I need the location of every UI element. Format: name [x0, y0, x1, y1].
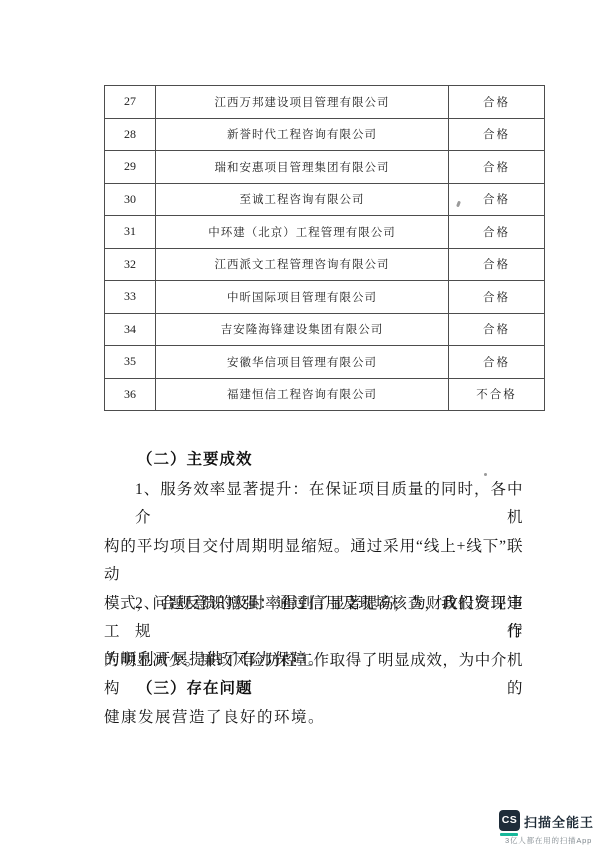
text-line: 1、服务效率显著提升：在保证项目质量的同时，各中介机 — [104, 476, 523, 533]
row-number-cell: 32 — [105, 248, 156, 281]
table-row: 34 吉安隆海锋建设集团有限公司 合格 — [105, 313, 545, 346]
result-cell: 合格 — [449, 313, 545, 346]
camscanner-app-name: 扫描全能王 — [524, 812, 594, 831]
company-name-cell: 安徽华信项目管理有限公司 — [156, 346, 449, 379]
row-number-cell: 36 — [105, 378, 156, 411]
row-number-cell: 30 — [105, 183, 156, 216]
camscanner-tagline: 3亿人都在用的扫描App — [505, 835, 592, 846]
company-name-cell: 新誉时代工程咨询有限公司 — [156, 118, 449, 151]
company-name-cell: 中环建（北京）工程管理有限公司 — [156, 216, 449, 249]
table-row: 28 新誉时代工程咨询有限公司 合格 — [105, 118, 545, 151]
result-cell: 不合格 — [449, 378, 545, 411]
row-number-cell: 35 — [105, 346, 156, 379]
scan-artifact — [484, 473, 487, 476]
result-cell: 合格 — [449, 216, 545, 249]
company-name-cell: 江西派文工程管理咨询有限公司 — [156, 248, 449, 281]
row-number-cell: 34 — [105, 313, 156, 346]
section-heading-achievements: （二）主要成效 — [104, 449, 523, 471]
scanned-document-page: 27 江西万邦建设项目管理有限公司 合格 28 新誉时代工程咨询有限公司 合格 … — [0, 0, 600, 849]
result-cell: 合格 — [449, 151, 545, 184]
table-row: 32 江西派文工程管理咨询有限公司 合格 — [105, 248, 545, 281]
row-number-cell: 29 — [105, 151, 156, 184]
result-cell: 合格 — [449, 346, 545, 379]
inspection-results-table: 27 江西万邦建设项目管理有限公司 合格 28 新誉时代工程咨询有限公司 合格 … — [104, 85, 545, 411]
text-line: 健康发展营造了良好的环境。 — [104, 704, 523, 732]
table-row: 35 安徽华信项目管理有限公司 合格 — [105, 346, 545, 379]
table-row: 27 江西万邦建设项目管理有限公司 合格 — [105, 86, 545, 119]
result-cell: 合格 — [449, 248, 545, 281]
section-heading-problems: （三）存在问题 — [104, 678, 523, 700]
table-row: 36 福建恒信工程咨询有限公司 不合格 — [105, 378, 545, 411]
result-cell: 合格 — [449, 281, 545, 314]
text-line: 2、合规意识增强：通过信用及现场核查，我们发现违规行 — [104, 590, 523, 647]
company-name-cell: 吉安隆海锋建设集团有限公司 — [156, 313, 449, 346]
result-cell: 合格 — [449, 86, 545, 119]
table-row: 33 中昕国际项目管理有限公司 合格 — [105, 281, 545, 314]
company-name-cell: 瑞和安惠项目管理集团有限公司 — [156, 151, 449, 184]
company-name-cell: 中昕国际项目管理有限公司 — [156, 281, 449, 314]
result-cell: 合格 — [449, 183, 545, 216]
paragraph-achievements-2: 2、合规意识增强：通过信用及现场核查，我们发现违规行 为明显减少。廉政风险防控工… — [104, 590, 523, 732]
company-name-cell: 福建恒信工程咨询有限公司 — [156, 378, 449, 411]
row-number-cell: 33 — [105, 281, 156, 314]
result-cell: 合格 — [449, 118, 545, 151]
table-row: 30 至诚工程咨询有限公司 合格 — [105, 183, 545, 216]
table-row: 31 中环建（北京）工程管理有限公司 合格 — [105, 216, 545, 249]
table-row: 29 瑞和安惠项目管理集团有限公司 合格 — [105, 151, 545, 184]
row-number-cell: 28 — [105, 118, 156, 151]
text-line: 构的平均项目交付周期明显缩短。通过采用“线上+线下”联动 — [104, 533, 523, 590]
row-number-cell: 27 — [105, 86, 156, 119]
company-name-cell: 至诚工程咨询有限公司 — [156, 183, 449, 216]
row-number-cell: 31 — [105, 216, 156, 249]
camscanner-logo-icon: CS — [499, 810, 520, 831]
company-name-cell: 江西万邦建设项目管理有限公司 — [156, 86, 449, 119]
